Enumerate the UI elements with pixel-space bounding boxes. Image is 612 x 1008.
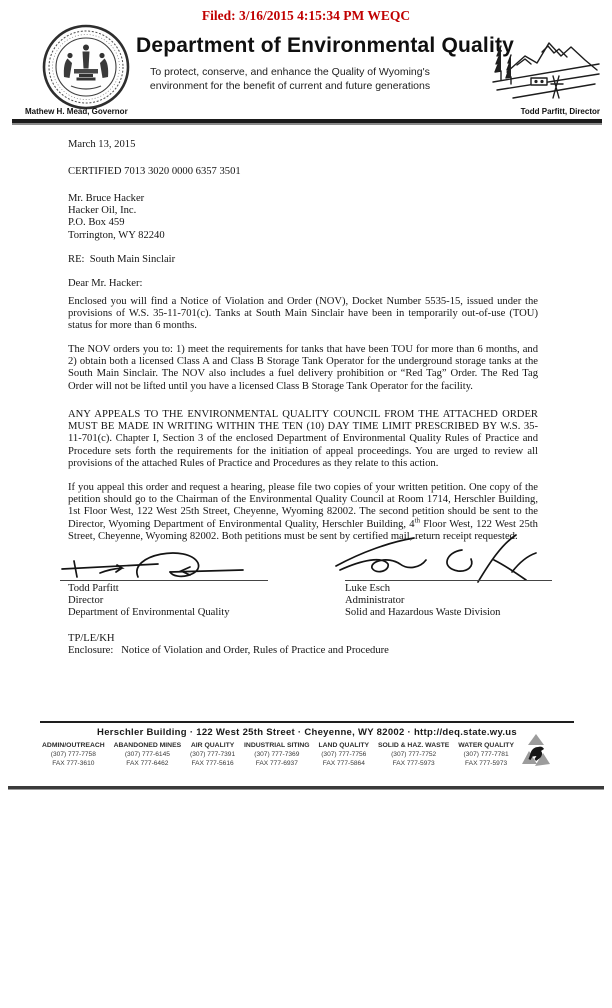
division-phone: (307) 777-7781 [458,751,514,758]
division-fax: FAX 777-6937 [244,760,310,767]
division-name: LAND QUALITY [318,742,369,749]
division-fax: FAX 777-5973 [458,760,514,767]
governor-name: Mathew H. Mead, Governor [25,107,128,116]
division-fax: FAX 777-6462 [114,760,182,767]
division-fax: FAX 777-5973 [378,760,449,767]
salutation: Dear Mr. Hacker: [68,278,538,290]
division-name: WATER QUALITY [458,742,514,749]
division-air-quality: AIR QUALITY (307) 777-7391 FAX 777-5616 [190,742,235,767]
header-rule [12,119,602,125]
typist-initials: TP/LE/KH [68,633,538,645]
division-name: ABANDONED MINES [114,742,182,749]
division-water-quality: WATER QUALITY (307) 777-7781 FAX 777-597… [458,742,514,767]
signer-title-left: Director [68,595,328,607]
mountain-scene-icon [487,30,605,106]
letter-date: March 13, 2015 [68,139,538,151]
paragraph-1: Enclosed you will find a Notice of Viola… [68,296,538,333]
division-name: INDUSTRIAL SITING [244,742,310,749]
signature-block-left: Todd Parfitt Director Department of Envi… [68,583,328,620]
division-industrial-siting: INDUSTRIAL SITING (307) 777-7369 FAX 777… [244,742,310,767]
division-abandoned-mines: ABANDONED MINES (307) 777-6145 FAX 777-6… [114,742,182,767]
signer-org-right: Solid and Hazardous Waste Division [345,607,585,619]
paragraph-2: The NOV orders you to: 1) meet the requi… [68,344,538,393]
tagline-line-2: environment for the benefit of current a… [140,79,440,93]
paragraph-3: ANY APPEALS TO THE ENVIRONMENTAL QUALITY… [68,409,538,470]
footer-address-line: Herschler Building · 122 West 25th Stree… [38,727,576,738]
certified-mail-number: CERTIFIED 7013 3020 0000 6357 3501 [68,166,538,178]
signature-line-right [345,580,552,581]
division-phone: (307) 777-7752 [378,751,449,758]
footer-divisions: ADMIN/OUTREACH (307) 777-7758 FAX 777-36… [42,742,514,767]
division-name: AIR QUALITY [190,742,235,749]
signer-org-left: Department of Environmental Quality [68,607,328,619]
division-admin-outreach: ADMIN/OUTREACH (307) 777-7758 FAX 777-36… [42,742,105,767]
luke-esch-signature-icon [328,534,558,586]
filed-stamp: Filed: 3/16/2015 4:15:34 PM WEQC [0,8,612,24]
agency-tagline: To protect, conserve, and enhance the Qu… [140,65,440,93]
recipient-po-box: P.O. Box 459 [68,217,538,229]
division-solid-haz-waste: SOLID & HAZ. WASTE (307) 777-7752 FAX 77… [378,742,449,767]
signer-name-left: Todd Parfitt [68,583,328,595]
footer-rule-top [40,721,574,723]
division-phone: (307) 777-6145 [114,751,182,758]
division-name: ADMIN/OUTREACH [42,742,105,749]
wyoming-state-seal-icon [41,24,131,110]
division-phone: (307) 777-7391 [190,751,235,758]
division-land-quality: LAND QUALITY (307) 777-7756 FAX 777-5864 [318,742,369,767]
agency-title: Department of Environmental Quality [136,34,514,58]
signer-name-right: Luke Esch [345,583,585,595]
signature-block-right: Luke Esch Administrator Solid and Hazard… [345,583,585,620]
division-name: SOLID & HAZ. WASTE [378,742,449,749]
recipient-city-state-zip: Torrington, WY 82240 [68,230,538,242]
footer-rule-bottom [8,786,604,790]
division-phone: (307) 777-7758 [42,751,105,758]
tagline-line-1: To protect, conserve, and enhance the Qu… [140,65,440,79]
recipient-address: Mr. Bruce Hacker Hacker Oil, Inc. P.O. B… [68,193,538,242]
letter-page: Filed: 3/16/2015 4:15:34 PM WEQC Departm… [0,0,612,1008]
signature-line-left [60,580,268,581]
recipient-company: Hacker Oil, Inc. [68,205,538,217]
director-name: Todd Parfitt, Director [521,107,600,116]
division-fax: FAX 777-3610 [42,760,105,767]
signer-title-right: Administrator [345,595,585,607]
todd-parfitt-signature-icon [58,550,273,583]
re-line: RE: South Main Sinclair [68,254,538,266]
division-phone: (307) 777-7369 [244,751,310,758]
recipient-name: Mr. Bruce Hacker [68,193,538,205]
division-fax: FAX 777-5864 [318,760,369,767]
recycle-horse-icon [519,733,553,769]
division-phone: (307) 777-7756 [318,751,369,758]
enclosure-line: Enclosure: Notice of Violation and Order… [68,645,538,657]
division-fax: FAX 777-5616 [190,760,235,767]
